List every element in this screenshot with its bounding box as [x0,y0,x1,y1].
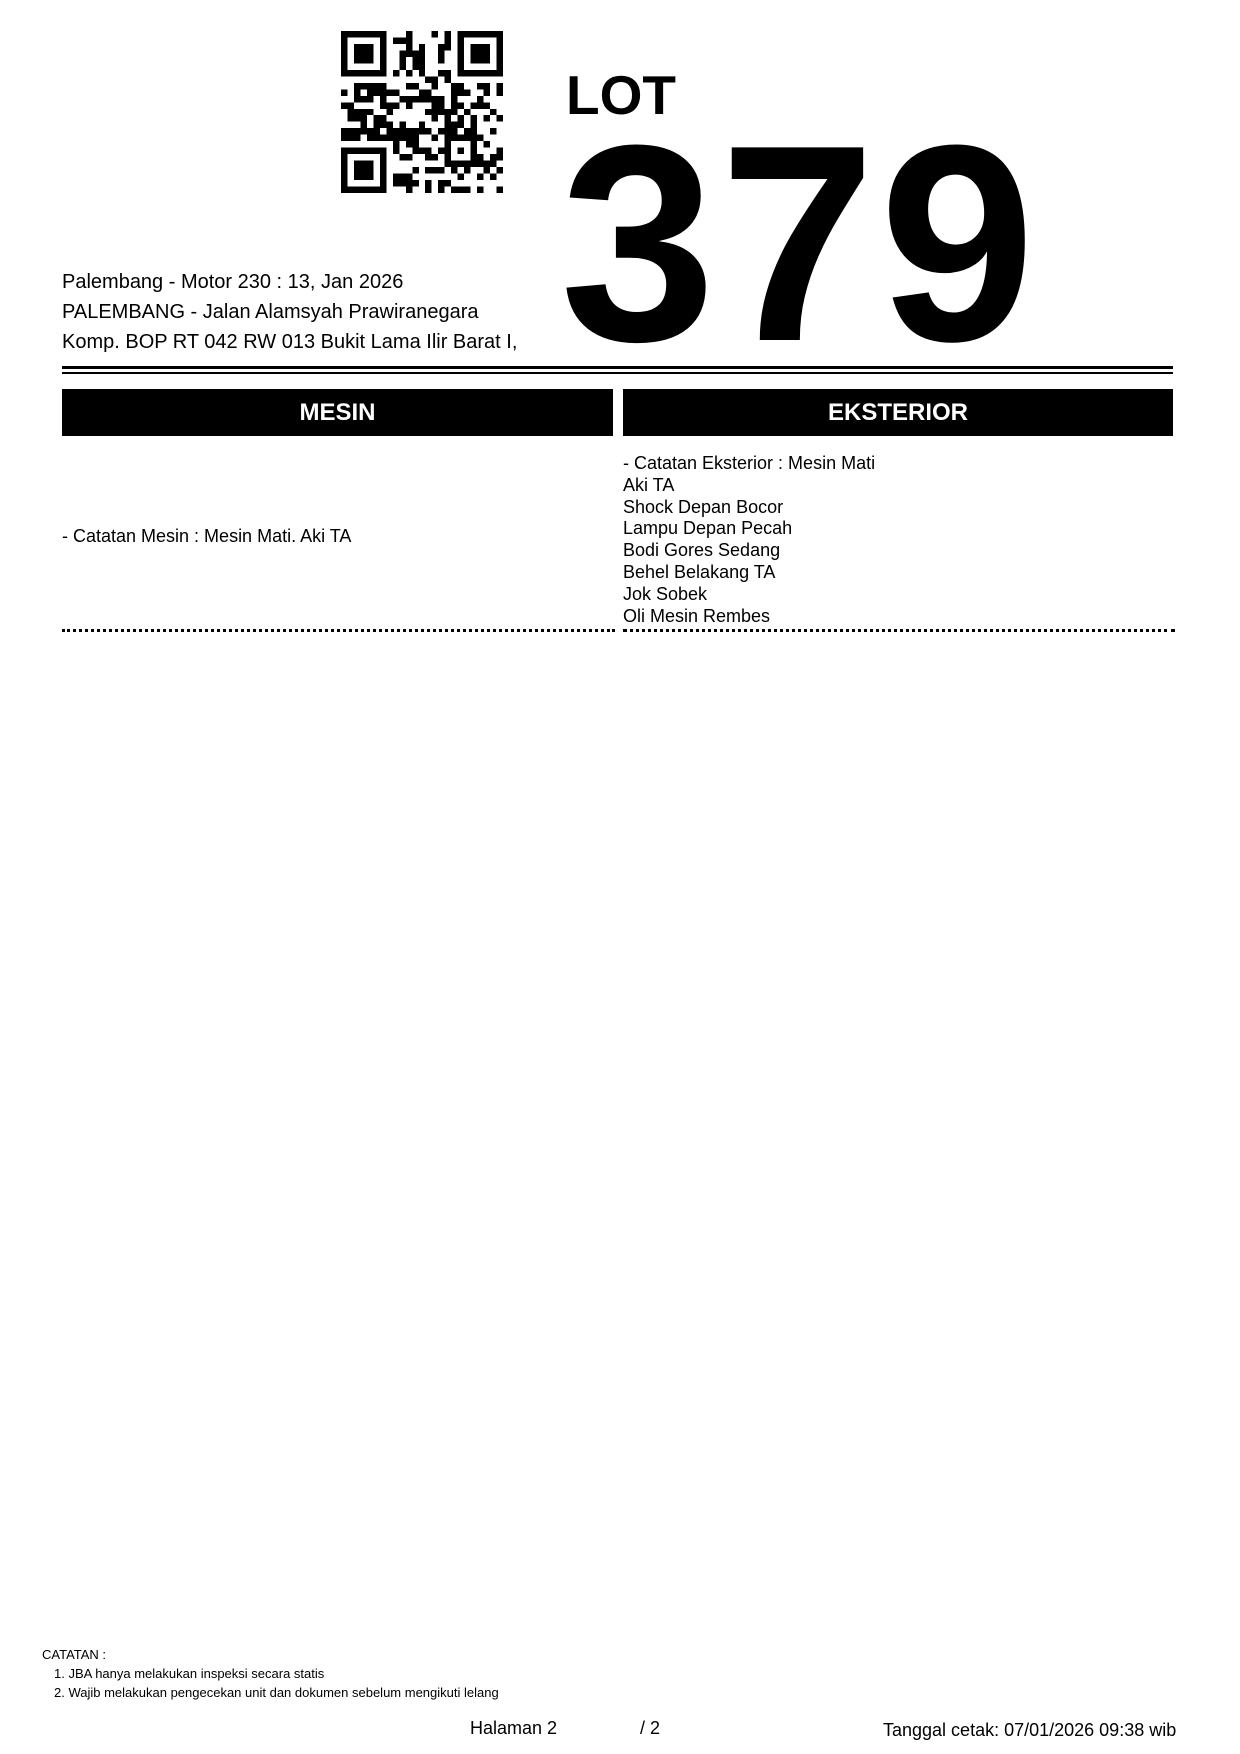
note-line: Jok Sobek [623,584,875,606]
note-line: Bodi Gores Sedang [623,540,875,562]
address-line-1: PALEMBANG - Jalan Alamsyah Prawiranegara [62,302,478,322]
notes-title: CATATAN : [42,1645,499,1664]
mesin-note: - Catatan Mesin : Mesin Mati. Aki TA [62,527,351,545]
note-line: - Catatan Eksterior : Mesin Mati [623,453,875,475]
section-title: EKSTERIOR [828,399,968,427]
header-divider [62,366,1173,369]
note-line: Aki TA [623,475,875,497]
page-label: Halaman 2 [470,1718,557,1739]
eksterior-notes: - Catatan Eksterior : Mesin Mati Aki TA … [623,453,875,627]
auction-title: Palembang - Motor 230 : 13, Jan 2026 [62,272,403,292]
footer-notes: CATATAN : 1. JBA hanya melakukan inspeks… [42,1645,499,1702]
note-line: Shock Depan Bocor [623,497,875,519]
header-divider [62,372,1173,374]
lot-number: 379 [560,104,1039,384]
print-date: Tanggal cetak: 07/01/2026 09:38 wib [883,1720,1176,1741]
section-divider [62,629,615,632]
page-total: / 2 [640,1718,660,1739]
note-item: 2. Wajib melakukan pengecekan unit dan d… [42,1683,499,1702]
address-line-2: Komp. BOP RT 042 RW 013 Bukit Lama Ilir … [62,332,517,352]
note-item: 1. JBA hanya melakukan inspeksi secara s… [42,1664,499,1683]
section-header-eksterior: EKSTERIOR [623,389,1173,436]
section-divider [623,629,1175,632]
note-line: Behel Belakang TA [623,562,875,584]
note-line: Lampu Depan Pecah [623,518,875,540]
qr-code-icon [341,31,503,193]
section-title: MESIN [299,399,375,427]
section-header-mesin: MESIN [62,389,613,436]
note-line: Oli Mesin Rembes [623,606,875,628]
